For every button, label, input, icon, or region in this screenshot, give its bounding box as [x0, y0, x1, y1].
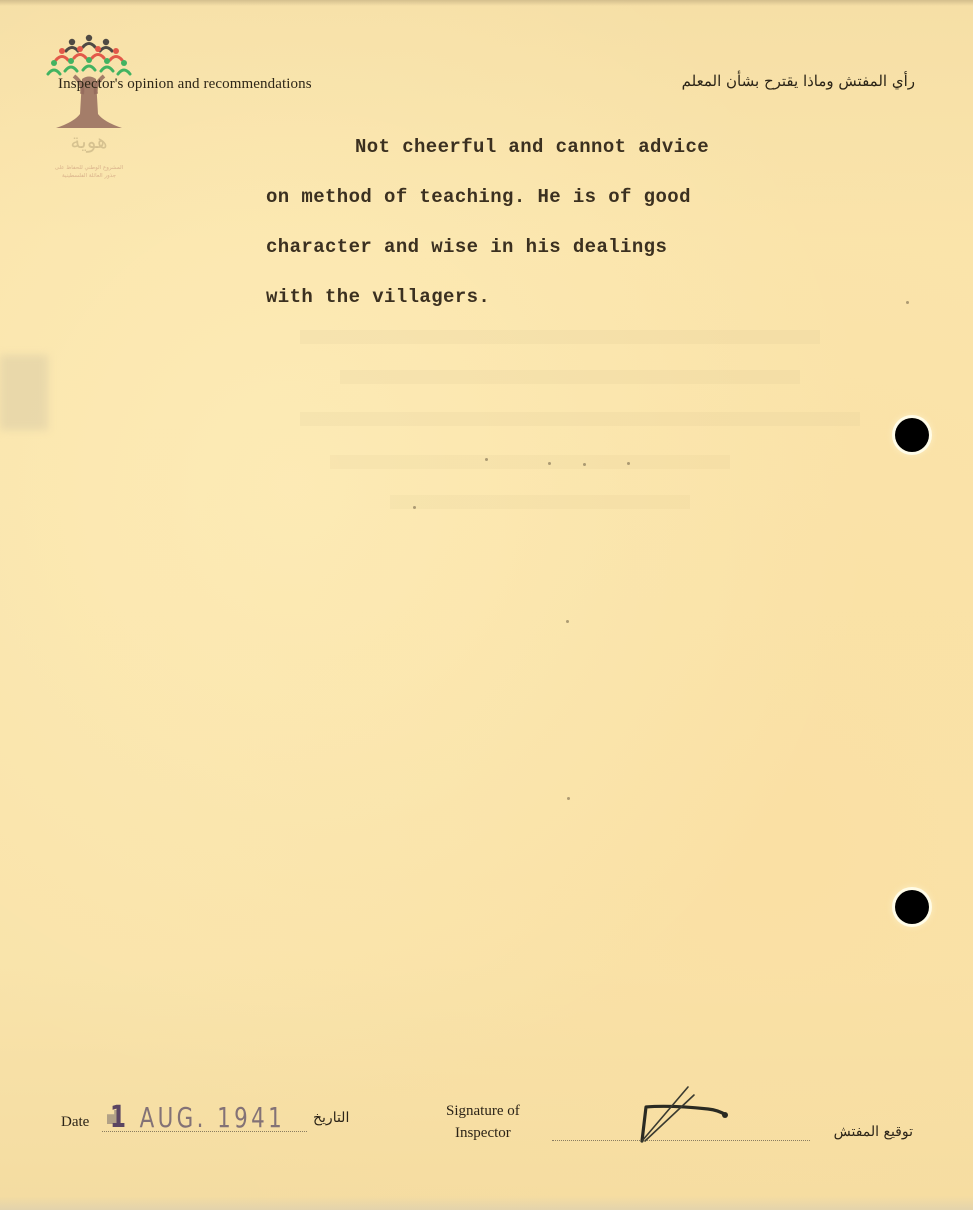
remarks-line: character and wise in his dealings	[266, 222, 826, 272]
watermark-subtitle: المشروع الوطني للحفاظ على جذور العائلة ا…	[36, 164, 142, 180]
handwritten-signature-icon	[630, 1083, 730, 1150]
signature-label: Signature of Inspector	[446, 1100, 520, 1144]
paper-speck	[566, 620, 569, 623]
date-label-ar: التاريخ	[313, 1110, 349, 1126]
date-stamp: 1 AUG. 1941	[110, 1100, 285, 1135]
show-through-text	[330, 455, 730, 469]
section-label-en: Inspector's opinion and recommendations	[58, 76, 312, 93]
paper-speck	[485, 458, 488, 461]
remarks-line: Not cheerful and cannot advice	[266, 122, 826, 172]
punch-hole	[895, 890, 929, 924]
remarks-line: on method of teaching. He is of good	[266, 172, 826, 222]
date-label: Date	[61, 1114, 89, 1131]
remarks-line: with the villagers.	[266, 272, 826, 322]
paper-speck	[548, 462, 551, 465]
signature-label-line-2: Inspector	[446, 1122, 520, 1144]
paper-speck	[906, 301, 909, 304]
paper-smudge	[0, 355, 48, 430]
watermark-word: هوية	[44, 129, 134, 153]
paper-speck	[413, 506, 416, 509]
watermark-subtitle-line-1: المشروع الوطني للحفاظ على	[36, 164, 142, 172]
signature-label-line-1: Signature of	[446, 1100, 520, 1122]
watermark-subtitle-line-2: جذور العائلة الفلسطينية	[36, 172, 142, 180]
date-stamp-day: 1	[110, 1100, 129, 1135]
punch-hole	[895, 418, 929, 452]
paper-speck	[627, 462, 630, 465]
paper-speck	[567, 797, 570, 800]
signature-label-ar: توقيع المفتش	[834, 1124, 913, 1140]
section-label-ar: رأي المفتش وماذا يقترح بشأن المعلم	[682, 72, 915, 90]
show-through-text	[390, 495, 690, 509]
watermark-logo: هوية المشروع الوطني للحفاظ على جذور العا…	[44, 34, 134, 194]
inspector-remarks: Not cheerful and cannot advice on method…	[266, 122, 826, 322]
paper-speck	[583, 463, 586, 466]
date-stamp-month-year: AUG. 1941	[140, 1101, 286, 1134]
show-through-text	[340, 370, 800, 384]
scanned-document-page: هوية المشروع الوطني للحفاظ على جذور العا…	[0, 0, 973, 1210]
show-through-text	[300, 330, 820, 344]
show-through-text	[300, 412, 860, 426]
